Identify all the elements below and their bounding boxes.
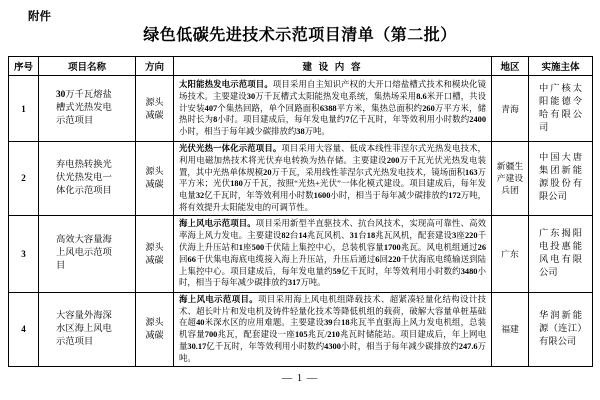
cell-region: 青海 — [492, 76, 529, 142]
cell-region: 广东 — [492, 215, 529, 292]
header-content: 建 设 内 容 — [174, 57, 492, 76]
table-row: 1 30万千瓦熔盐槽式光热发电示范项目 源头减碳 太阳能热发电示范项目。项目采用… — [9, 76, 593, 142]
cell-entity: 广东揭阳电投惠能风电有限公司 — [529, 215, 593, 292]
cell-project-name: 弃电热转换光伏光热发电一体化示范项目 — [39, 142, 136, 216]
cell-project-name: 30万千瓦熔盐槽式光热发电示范项目 — [39, 76, 136, 142]
page-title: 绿色低碳先进技术示范项目清单（第二批） — [0, 22, 600, 45]
document-page: { "page": { "attachment_label": "附件", "t… — [0, 0, 600, 400]
cell-content: 海上风电示范项目。项目采用新型半直驱技术、抗台风技术，实现高可靠性、高效率海上风… — [174, 215, 492, 292]
table-row: 4 大容量外海深水区海上风电示范项目 源头减碳 海上风电示范项目。项目采用海上风… — [9, 292, 593, 366]
cell-project-name: 大容量外海深水区海上风电示范项目 — [39, 292, 136, 366]
cell-project-name: 高效大容量海上风电示范项目 — [39, 215, 136, 292]
cell-content: 光伏光热一体化示范项目。项目采用大容量、低成本线性菲涅尔式光热发电技术，利用电磁… — [174, 142, 492, 216]
cell-entity: 华润新能源（连江）有限公司 — [529, 292, 593, 366]
cell-region: 福建 — [492, 292, 529, 366]
content-lead: 海上风电示范项目。 — [179, 295, 258, 304]
cell-no: 4 — [9, 292, 39, 366]
header-direction: 方向 — [136, 57, 174, 76]
header-region: 地区 — [492, 57, 529, 76]
cell-direction: 源头减碳 — [136, 215, 174, 292]
project-table: 序号 项目名称 方向 建 设 内 容 地区 实施主体 1 30万千瓦熔盐槽式光热… — [8, 56, 593, 367]
content-lead: 太阳能热发电示范项目。 — [179, 80, 273, 89]
content-body: 项目采用新型半直驱技术、抗台风技术，实现高可靠性、高效率海上风力发电。主要建设8… — [179, 219, 486, 287]
table-row: 2 弃电热转换光伏光热发电一体化示范项目 源头减碳 光伏光热一体化示范项目。项目… — [9, 142, 593, 216]
cell-content: 太阳能热发电示范项目。项目采用自主知识产权的大开口熔盐槽式技术和模块化镜场技术。… — [174, 76, 492, 142]
cell-region: 新疆生产建设兵团 — [492, 142, 529, 216]
direction-text: 源头减碳 — [146, 165, 164, 191]
direction-text: 源头减碳 — [146, 241, 164, 267]
cell-no: 2 — [9, 142, 39, 216]
direction-text: 源头减碳 — [146, 316, 164, 342]
cell-no: 3 — [9, 215, 39, 292]
table-header-row: 序号 项目名称 方向 建 设 内 容 地区 实施主体 — [9, 57, 593, 76]
header-entity: 实施主体 — [529, 57, 593, 76]
content-lead: 光伏光热一体化示范项目。 — [179, 144, 281, 153]
content-body: 项目采用大容量、低成本线性菲涅尔式光热发电技术，利用电磁加热技术将光伏弃电转换为… — [179, 144, 486, 212]
cell-content: 海上风电示范项目。项目采用海上风电机组降载技术、超紧凑轻量化结构设计技术、超长叶… — [174, 292, 492, 366]
content-lead: 海上风电示范项目。 — [179, 219, 256, 228]
cell-direction: 源头减碳 — [136, 142, 174, 216]
header-no: 序号 — [9, 57, 39, 76]
cell-no: 1 — [9, 76, 39, 142]
page-number: — 1 — — [0, 373, 600, 384]
header-project-name: 项目名称 — [39, 57, 136, 76]
cell-direction: 源头减碳 — [136, 292, 174, 366]
direction-text: 源头减碳 — [146, 96, 164, 122]
table-row: 3 高效大容量海上风电示范项目 源头减碳 海上风电示范项目。项目采用新型半直驱技… — [9, 215, 593, 292]
cell-direction: 源头减碳 — [136, 76, 174, 142]
content-body: 项目采用海上风电机组降载技术、超紧凑轻量化结构设计技术、超长叶片和发电机及铸件轻… — [179, 295, 486, 363]
cell-entity: 中国大唐集团新能源股份有限公司 — [529, 142, 593, 216]
cell-entity: 中广核太阳能德令哈有限公司 — [529, 76, 593, 142]
